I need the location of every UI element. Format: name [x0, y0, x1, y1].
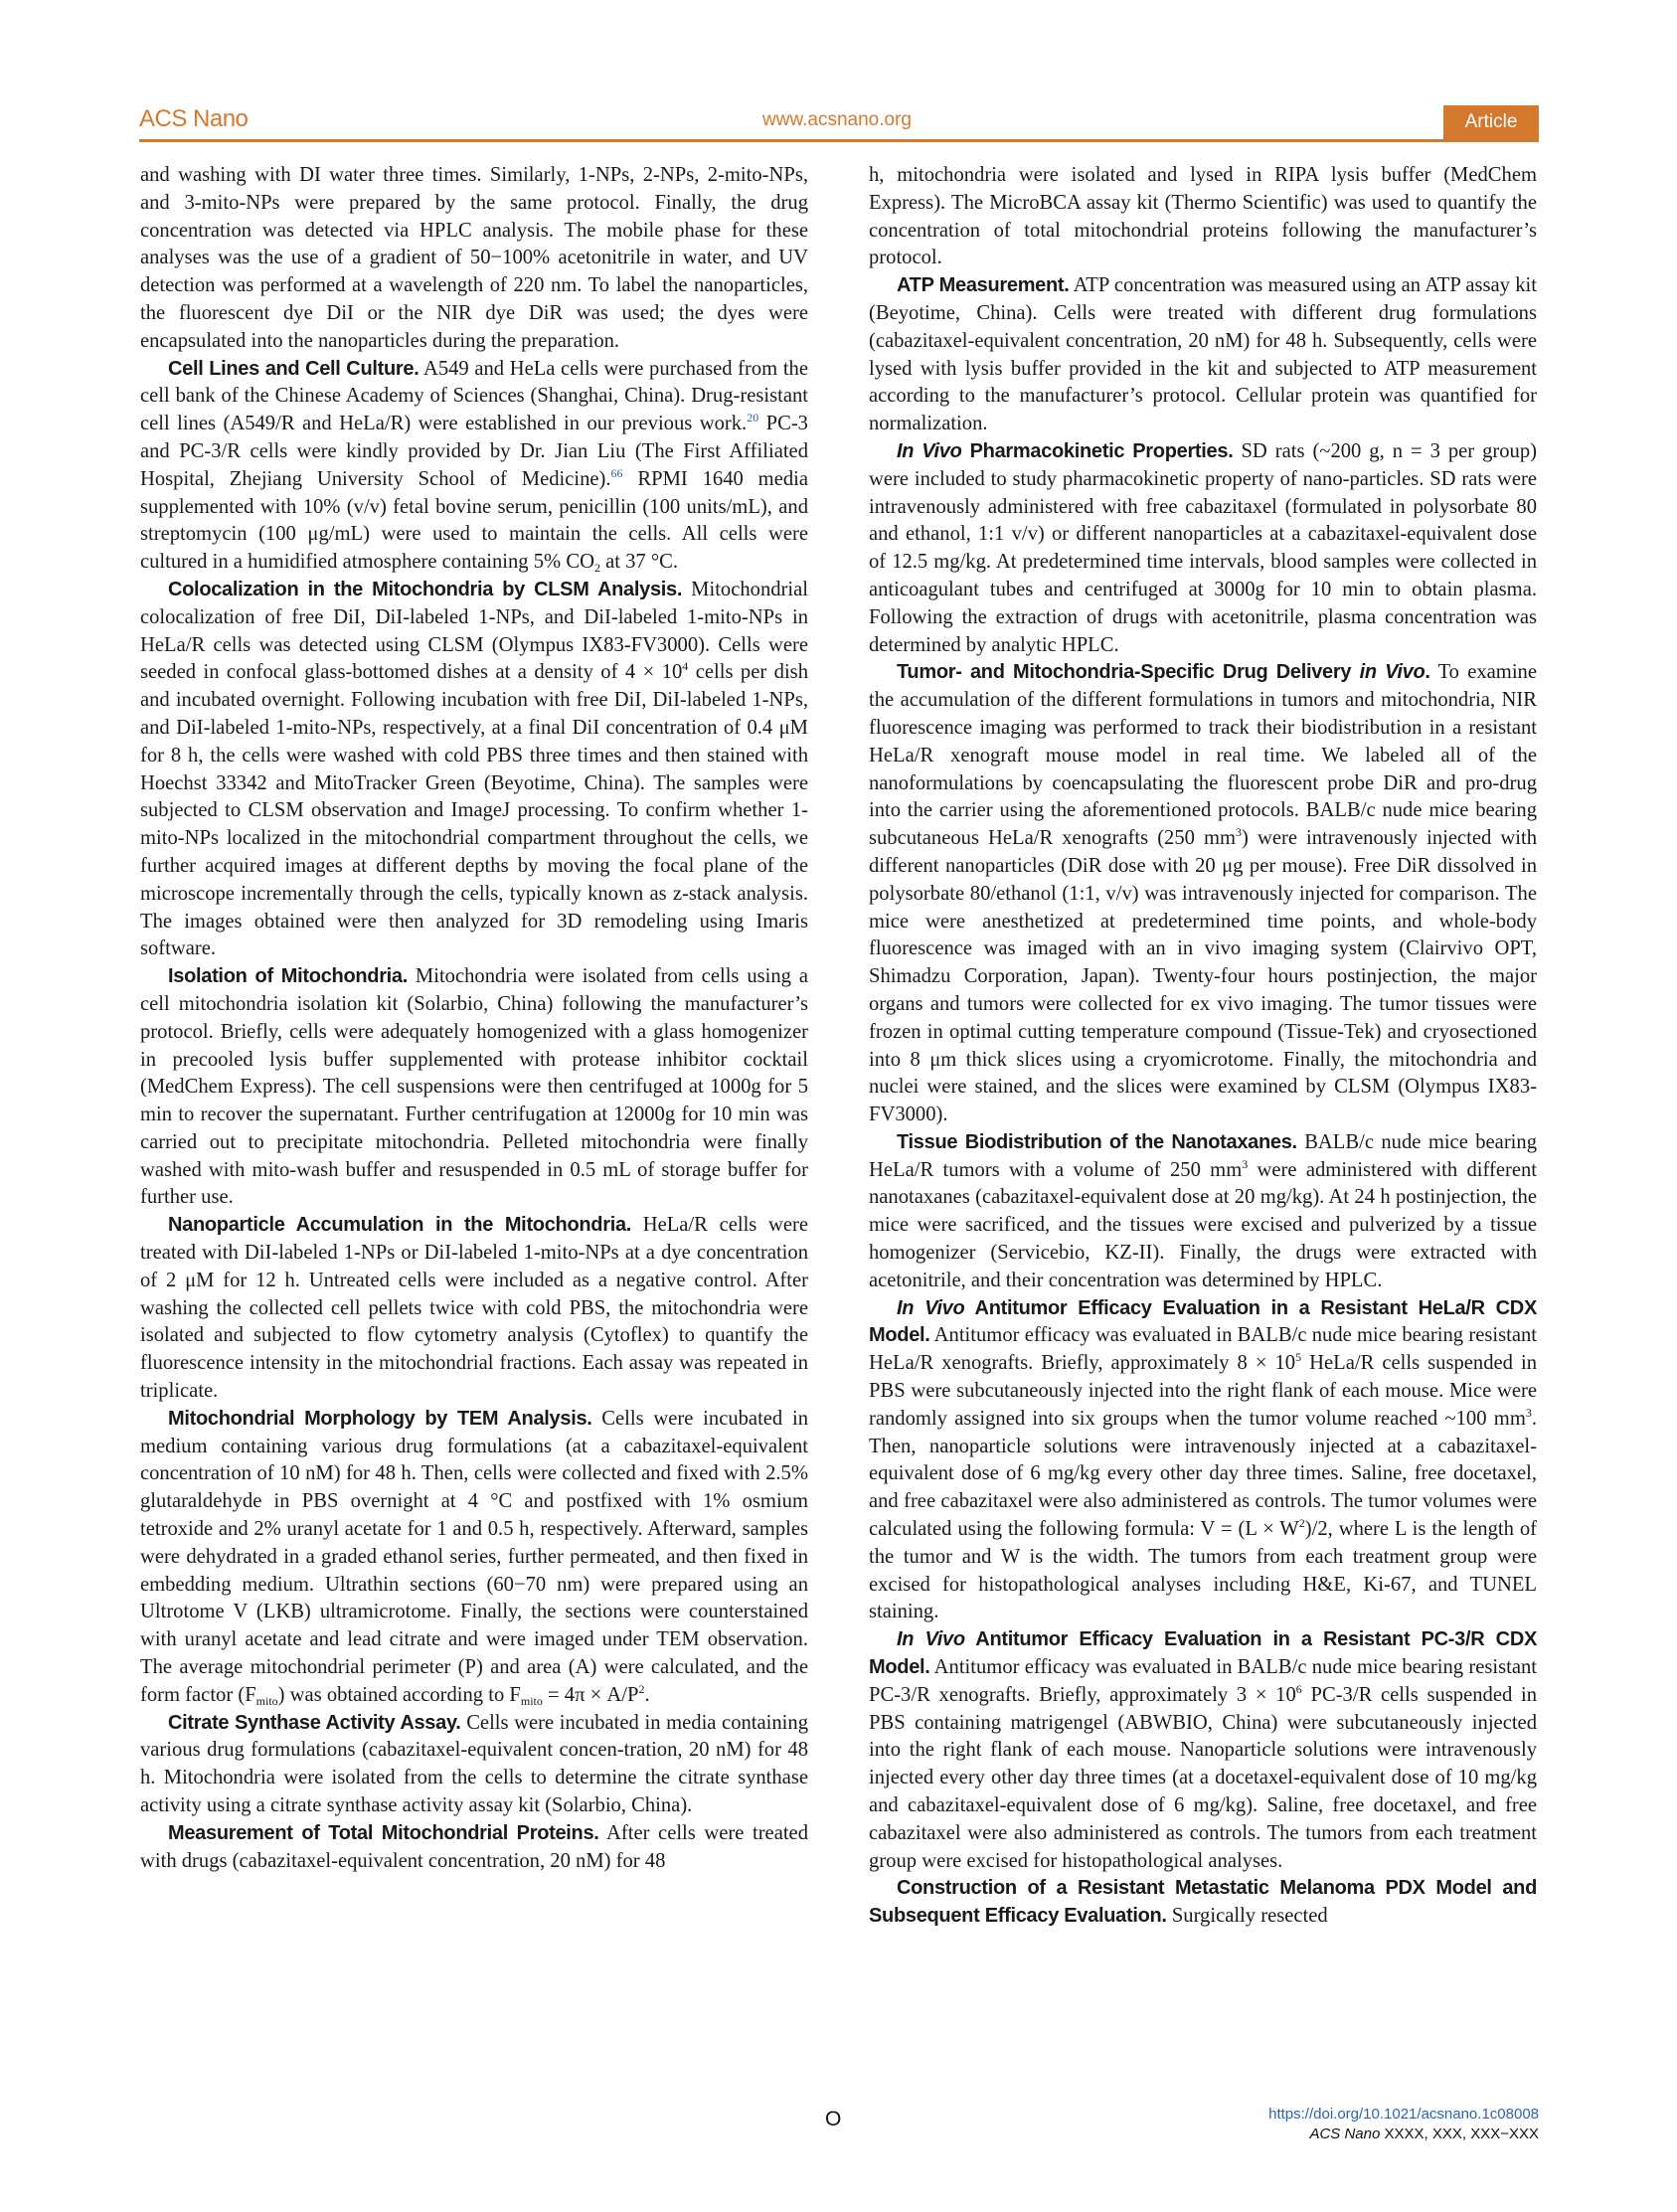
section-heading: ATP Measurement.: [897, 274, 1070, 296]
paragraph: h, mitochondria were isolated and lysed …: [869, 162, 1537, 272]
section-colocalization: Colocalization in the Mitochondria by CL…: [140, 577, 808, 963]
doi-link[interactable]: https://doi.org/10.1021/acsnano.1c08008: [1268, 2106, 1539, 2123]
section-heading: Isolation of Mitochondria.: [168, 965, 408, 987]
paragraph-text: h, mitochondria were isolated and lysed …: [869, 164, 1537, 268]
paragraph-text: ) was obtained according to F: [278, 1684, 521, 1706]
paragraph-text: = 4π × A/P: [543, 1684, 639, 1706]
section-pc3-efficacy: In Vivo Antitumor Efficacy Evaluation in…: [869, 1626, 1537, 1875]
paragraph-text: PC-3/R cells suspended in PBS containing…: [869, 1684, 1537, 1872]
paragraph: and washing with DI water three times. S…: [140, 162, 808, 356]
paragraph-text: cells per dish and incubated overnight. …: [140, 661, 808, 959]
citation-volume: XXXX, XXX, XXX−XXX: [1380, 2126, 1539, 2142]
section-heading: In Vivo Pharmacokinetic Properties.: [897, 440, 1233, 462]
journal-name: ACS Nano: [139, 105, 248, 133]
citation-link[interactable]: 66: [611, 466, 623, 480]
left-column: and washing with DI water three times. S…: [140, 162, 808, 1875]
paragraph-text: at 37 °C.: [600, 551, 678, 573]
heading-italic: In Vivo: [897, 1297, 964, 1319]
section-heading: Citrate Synthase Activity Assay.: [168, 1712, 461, 1734]
heading-text: Tumor- and Mitochondria-Specific Drug De…: [897, 661, 1360, 683]
citation-link[interactable]: 20: [747, 411, 758, 425]
heading-text: Pharmacokinetic Properties.: [962, 440, 1234, 462]
page-header: ACS Nano www.acsnano.org Article: [139, 105, 1539, 142]
heading-italic: In Vivo: [897, 440, 962, 462]
right-column: h, mitochondria were isolated and lysed …: [869, 162, 1537, 1931]
section-pdx-model: Construction of a Resistant Metastatic M…: [869, 1875, 1537, 1931]
subscript: mito: [521, 1694, 543, 1708]
section-heading: Measurement of Total Mitochondrial Prote…: [168, 1822, 599, 1844]
citation-journal: ACS Nano: [1309, 2126, 1380, 2142]
paragraph-text: To examine the accumulation of the diffe…: [869, 661, 1537, 849]
paragraph-text: Mitochondria were isolated from cells us…: [140, 965, 808, 1208]
section-atp: ATP Measurement. ATP concentration was m…: [869, 272, 1537, 438]
paragraph-text: SD rats (~200 g, n = 3 per group) were i…: [869, 440, 1537, 656]
section-drug-delivery: Tumor- and Mitochondria-Specific Drug De…: [869, 659, 1537, 1129]
journal-website-link[interactable]: www.acsnano.org: [762, 109, 912, 131]
heading-italic: in Vivo: [1360, 661, 1425, 683]
heading-italic: In Vivo: [897, 1628, 965, 1650]
paragraph-text: and washing with DI water three times. S…: [140, 164, 808, 352]
section-accumulation: Nanoparticle Accumulation in the Mitocho…: [140, 1212, 808, 1406]
section-proteins: Measurement of Total Mitochondrial Prote…: [140, 1820, 808, 1876]
section-heading: Colocalization in the Mitochondria by CL…: [168, 579, 682, 600]
section-biodistribution: Tissue Biodistribution of the Nanotaxane…: [869, 1129, 1537, 1295]
section-heading: Mitochondrial Morphology by TEM Analysis…: [168, 1408, 592, 1430]
page-number: O: [825, 2108, 841, 2131]
paragraph-text: Cells were incubated in medium containin…: [140, 1408, 808, 1706]
section-citrate: Citrate Synthase Activity Assay. Cells w…: [140, 1710, 808, 1820]
article-type-badge: Article: [1443, 105, 1539, 139]
section-tem: Mitochondrial Morphology by TEM Analysis…: [140, 1406, 808, 1710]
citation-line: ACS Nano XXXX, XXX, XXX−XXX: [1309, 2126, 1539, 2142]
subscript: mito: [256, 1694, 278, 1708]
section-hela-efficacy: In Vivo Antitumor Efficacy Evaluation in…: [869, 1295, 1537, 1627]
section-heading: Tissue Biodistribution of the Nanotaxane…: [897, 1131, 1297, 1153]
section-heading: Nanoparticle Accumulation in the Mitocho…: [168, 1214, 631, 1236]
paragraph-text: ATP concentration was measured using an …: [869, 274, 1537, 434]
section-isolation: Isolation of Mitochondria. Mitochondria …: [140, 963, 808, 1212]
section-heading: Tumor- and Mitochondria-Specific Drug De…: [897, 661, 1430, 683]
paragraph-text: HeLa/R cells were treated with DiI-label…: [140, 1214, 808, 1402]
section-cell-lines: Cell Lines and Cell Culture. A549 and He…: [140, 356, 808, 577]
paragraph-text: Surgically resected: [1167, 1905, 1328, 1927]
section-pharmacokinetics: In Vivo Pharmacokinetic Properties. SD r…: [869, 438, 1537, 659]
paragraph-text: ) were intravenously injected with diffe…: [869, 827, 1537, 1125]
section-heading: Cell Lines and Cell Culture.: [168, 358, 419, 380]
paragraph-text: .: [644, 1684, 649, 1706]
